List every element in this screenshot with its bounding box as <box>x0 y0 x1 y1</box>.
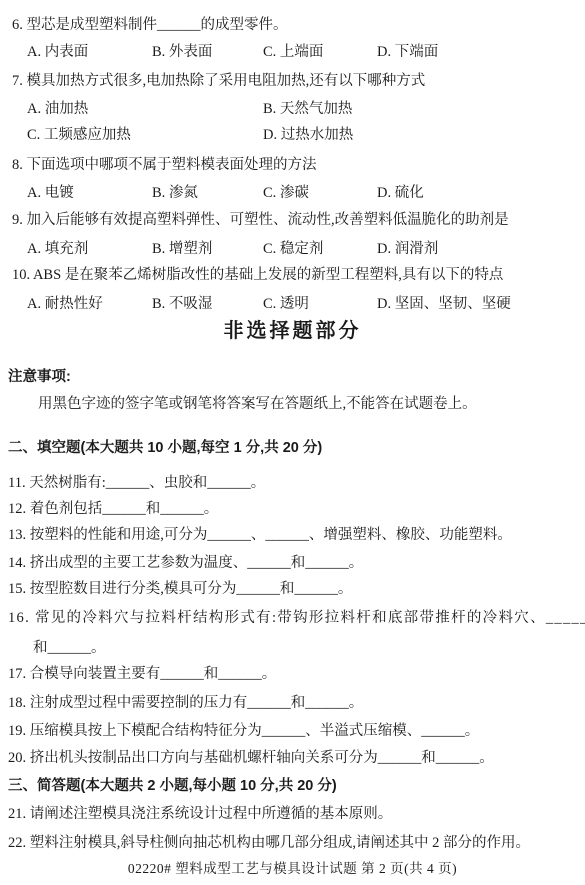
question-20-text: 20. 挤出机头按制品出口方向与基础机螺杆轴向关系可分为______和_____… <box>8 749 494 767</box>
question-10-options: A. 耐热性好B. 不吸湿C. 透明D. 坚固、坚韧、坚硬 <box>27 295 511 313</box>
notice-label: 注意事项: <box>8 368 71 386</box>
page-footer: 02220# 塑料成型工艺与模具设计试题 第 2 页(共 4 页) <box>0 860 585 878</box>
option-b: B. 不吸湿 <box>152 295 263 313</box>
question-18-text: 18. 注射成型过程中需要控制的压力有______和______。 <box>8 694 363 712</box>
question-21-text: 21. 请阐述注塑模具浇注系统设计过程中所遵循的基本原则。 <box>8 805 392 823</box>
option-b: B. 外表面 <box>152 43 263 61</box>
question-17-text: 17. 合模导向装置主要有______和______。 <box>8 665 276 683</box>
question-22-text: 22. 塑料注射模具,斜导柱侧向抽芯机构由哪几部分组成,请阐述其中 2 部分的作… <box>8 834 530 852</box>
notice-text: 用黑色字迹的签字笔或钢笔将答案写在答题纸上,不能答在试题卷上。 <box>38 395 477 413</box>
question-15-text: 15. 按型腔数目进行分类,模具可分为______和______。 <box>8 580 352 598</box>
option-a: A. 内表面 <box>27 43 152 61</box>
option-a: A. 耐热性好 <box>27 295 152 313</box>
question-9-options: A. 填充剂B. 增塑剂C. 稳定剂D. 润滑剂 <box>27 240 438 258</box>
option-d: D. 硫化 <box>377 184 424 202</box>
option-b: B. 渗氮 <box>152 184 263 202</box>
question-7-text: 7. 模具加热方式很多,电加热除了采用电阻加热,还有以下哪种方式 <box>12 72 425 90</box>
option-b: B. 天然气加热 <box>263 100 352 118</box>
option-c: C. 工频感应加热 <box>27 126 263 144</box>
question-7-options-row2: C. 工频感应加热D. 过热水加热 <box>27 126 353 144</box>
question-16-text-line1: 16. 常见的冷料穴与拉料杆结构形式有:带钩形拉料杆和底部带推杆的冷料穴、___… <box>8 609 585 627</box>
fill-section-heading: 二、填空题(本大题共 10 小题,每空 1 分,共 20 分) <box>8 439 322 457</box>
option-b: B. 增塑剂 <box>152 240 263 258</box>
question-12-text: 12. 着色剂包括______和______。 <box>8 500 218 518</box>
section-title: 非选择题部分 <box>0 322 585 340</box>
question-8-options: A. 电镀B. 渗氮C. 渗碳D. 硫化 <box>27 184 424 202</box>
option-d: D. 下端面 <box>377 43 438 61</box>
option-a: A. 电镀 <box>27 184 152 202</box>
question-14-text: 14. 挤出成型的主要工艺参数为温度、______和______。 <box>8 554 363 572</box>
option-c: C. 上端面 <box>263 43 377 61</box>
option-c: C. 透明 <box>263 295 377 313</box>
option-a: A. 填充剂 <box>27 240 152 258</box>
option-d: D. 润滑剂 <box>377 240 438 258</box>
option-d: D. 坚固、坚韧、坚硬 <box>377 295 511 313</box>
question-7-options-row1: A. 油加热B. 天然气加热 <box>27 100 352 118</box>
short-section-heading: 三、简答题(本大题共 2 小题,每小题 10 分,共 20 分) <box>8 777 337 795</box>
question-9-text: 9. 加入后能够有效提高塑料弹性、可塑性、流动性,改善塑料低温脆化的助剂是 <box>12 211 509 229</box>
exam-page: 6. 型芯是成型塑料制件______的成型零件。 A. 内表面B. 外表面C. … <box>0 0 585 885</box>
question-8-text: 8. 下面选项中哪项不属于塑料模表面处理的方法 <box>12 156 317 174</box>
option-c: C. 渗碳 <box>263 184 377 202</box>
question-13-text: 13. 按塑料的性能和用途,可分为______、______、增强塑料、橡胶、功… <box>8 526 512 544</box>
option-d: D. 过热水加热 <box>263 126 353 144</box>
question-16-text-line2: 和______。 <box>33 639 106 657</box>
question-6-text: 6. 型芯是成型塑料制件______的成型零件。 <box>12 16 288 34</box>
question-11-text: 11. 天然树脂有:______、虫胶和______。 <box>8 474 265 492</box>
question-19-text: 19. 压缩模具按上下模配合结构特征分为______、半溢式压缩模、______… <box>8 722 479 740</box>
option-c: C. 稳定剂 <box>263 240 377 258</box>
question-10-text: 10. ABS 是在聚苯乙烯树脂改性的基础上发展的新型工程塑料,具有以下的特点 <box>12 266 503 284</box>
option-a: A. 油加热 <box>27 100 263 118</box>
question-6-options: A. 内表面B. 外表面C. 上端面D. 下端面 <box>27 43 438 61</box>
